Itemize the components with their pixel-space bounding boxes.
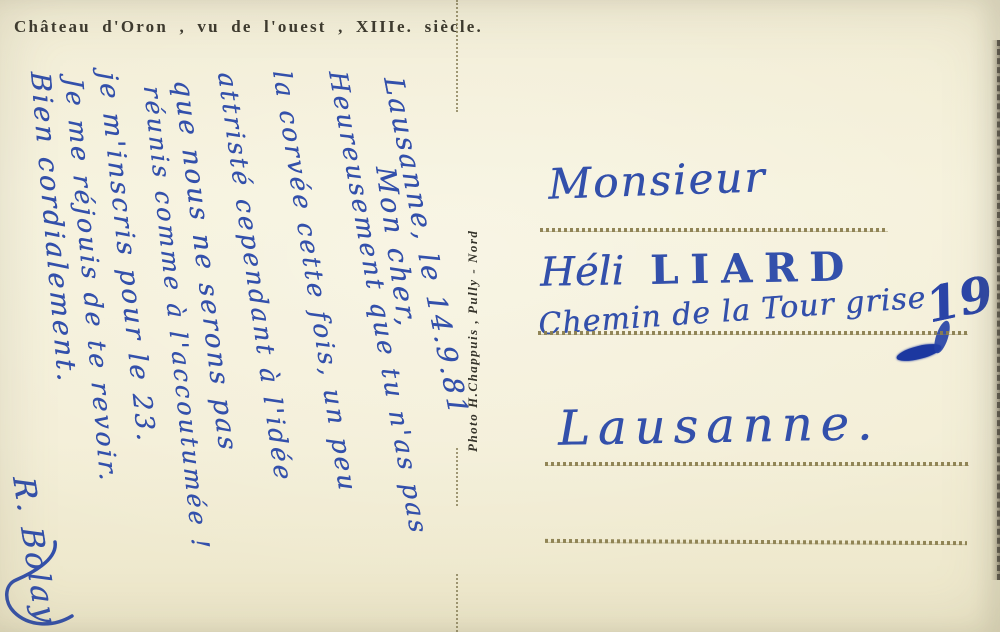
address-dotted-line — [540, 228, 888, 232]
address-street-number: 19 — [921, 266, 998, 335]
divider-dotted-line — [456, 574, 458, 632]
postcard-caption: Château d'Oron , vu de l'ouest , XIIIe. … — [14, 17, 483, 37]
divider-dotted-line — [456, 448, 458, 506]
address-last-name: LIARD — [650, 243, 857, 294]
address-first-name: Héli — [540, 248, 625, 295]
signature-flourish — [0, 540, 120, 632]
postcard-back: Château d'Oron , vu de l'ouest , XIIIe. … — [0, 0, 1000, 632]
address-dotted-line — [545, 462, 969, 466]
divider-dotted-line — [456, 0, 458, 112]
scan-edge-shadow — [991, 40, 1000, 580]
address-recipient-title: Monsieur — [547, 152, 767, 209]
address-dotted-line — [545, 539, 967, 545]
address-city: Lausanne. — [558, 395, 881, 457]
address-dotted-line — [538, 331, 968, 335]
